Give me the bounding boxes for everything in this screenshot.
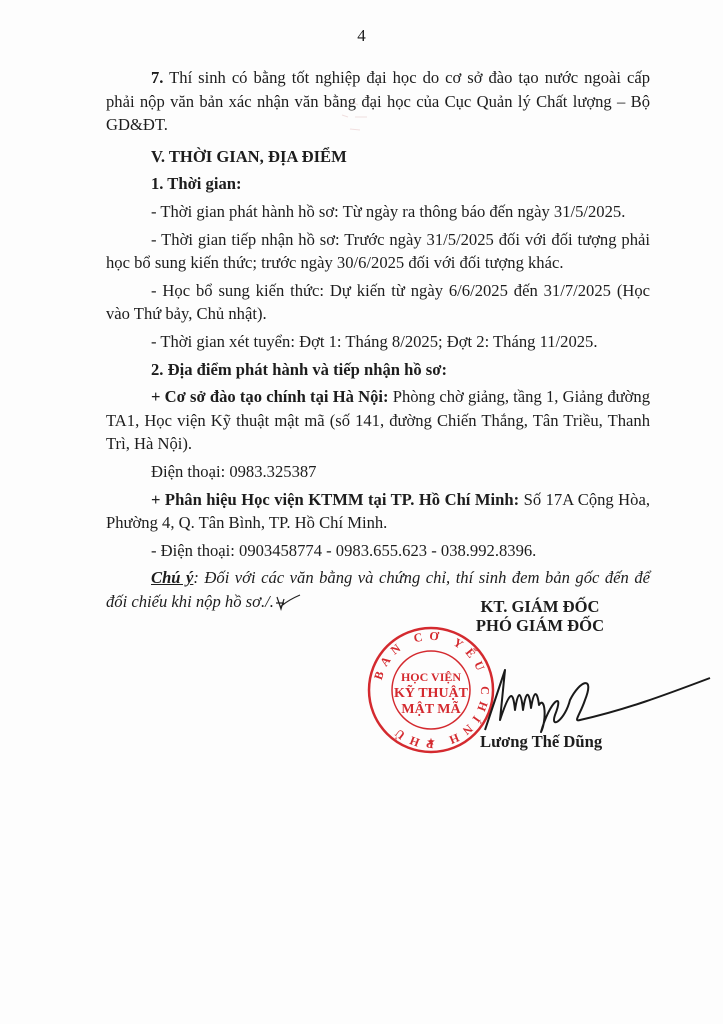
svg-text:HỌC VIỆN: HỌC VIỆN bbox=[401, 670, 461, 684]
initials-mark-icon bbox=[274, 593, 304, 611]
handwritten-signature-icon bbox=[455, 660, 715, 740]
subsection-1-title: 1. Thời gian: bbox=[106, 172, 650, 196]
section-5-title: V. THỜI GIAN, ĐỊA ĐIỂM bbox=[106, 145, 650, 169]
item-7: 7. Thí sinh có bằng tốt nghiệp đại học d… bbox=[106, 66, 650, 137]
time-item: - Thời gian phát hành hồ sơ: Từ ngày ra … bbox=[106, 200, 650, 224]
hanoi-location: + Cơ sở đào tạo chính tại Hà Nội: Phòng … bbox=[106, 385, 650, 456]
time-item: - Thời gian xét tuyển: Đợt 1: Tháng 8/20… bbox=[106, 330, 650, 354]
document-body: 7. Thí sinh có bằng tốt nghiệp đại học d… bbox=[106, 66, 650, 613]
signature-title-line1: KT. GIÁM ĐỐC bbox=[440, 597, 640, 616]
svg-text:★: ★ bbox=[427, 737, 436, 748]
time-item: - Học bổ sung kiến thức: Dự kiến từ ngày… bbox=[106, 279, 650, 326]
time-item: - Thời gian tiếp nhận hồ sơ: Trước ngày … bbox=[106, 228, 650, 275]
svg-text:MẬT MÃ: MẬT MÃ bbox=[401, 699, 461, 717]
signer-name: Lương Thế Dũng bbox=[480, 732, 602, 752]
hcm-phone: - Điện thoại: 0903458774 - 0983.655.623 … bbox=[106, 539, 650, 563]
hanoi-phone: Điện thoại: 0983.325387 bbox=[106, 460, 650, 484]
hcm-location: + Phân hiệu Học viện KTMM tại TP. Hồ Chí… bbox=[106, 488, 650, 535]
subsection-2-title: 2. Địa điểm phát hành và tiếp nhận hồ sơ… bbox=[106, 358, 650, 382]
page-number: 4 bbox=[0, 26, 723, 46]
